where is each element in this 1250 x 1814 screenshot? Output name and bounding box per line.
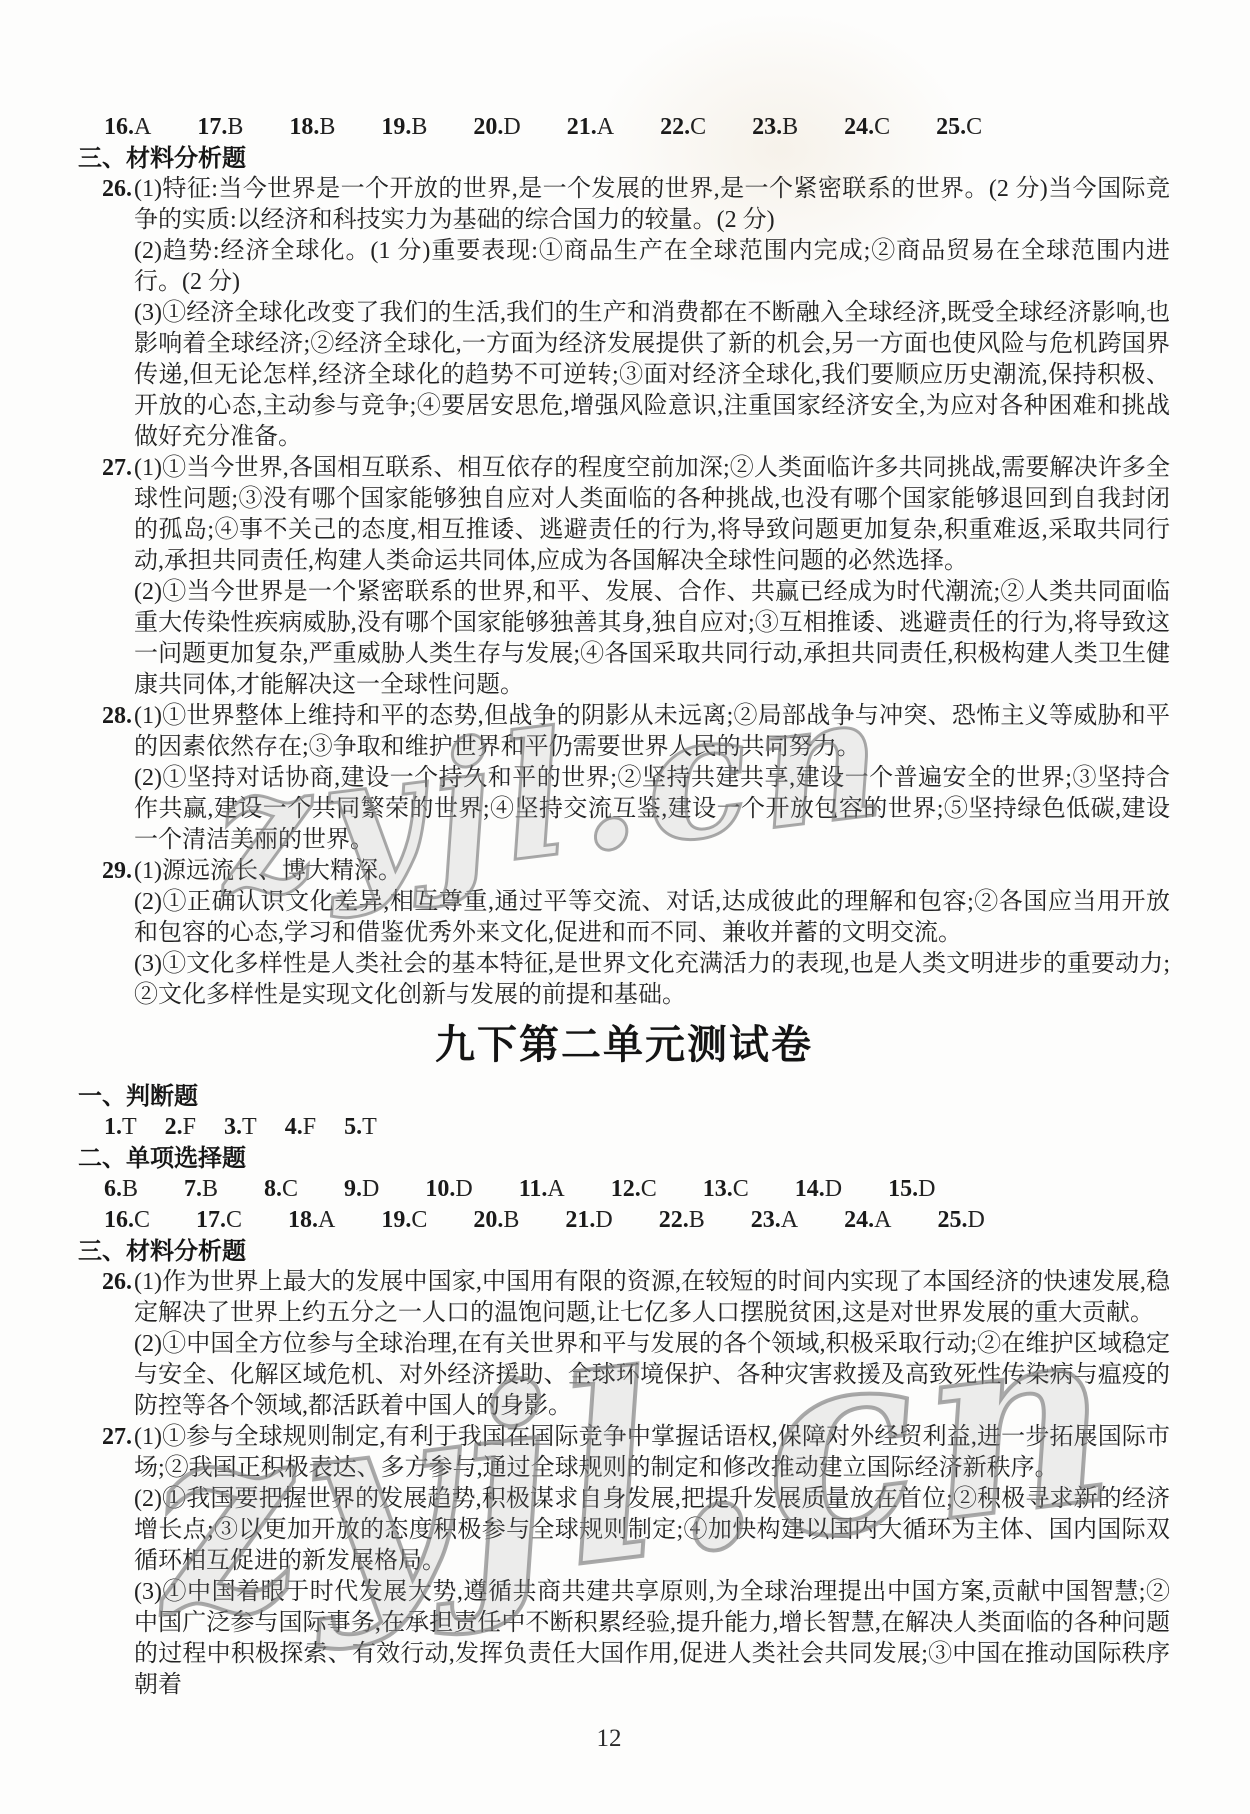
- test1-answer-27: 27. (1)①当今世界,各国相互联系、相互依存的程度空前加深;②人类面临许多共…: [78, 453, 1170, 701]
- answer-letter: B: [202, 1176, 218, 1202]
- answer-item: 4.F: [285, 1112, 316, 1143]
- answer-letter: D: [503, 114, 520, 140]
- answer-item: 3.T: [224, 1112, 257, 1143]
- question-number: 11.: [519, 1176, 548, 1202]
- answer-letter: C: [226, 1207, 242, 1233]
- test1-answer-28: 28. (1)①世界整体上维持和平的态势,但战争的阴影从未远离;②局部战争与冲突…: [78, 701, 1170, 856]
- answer-paragraph: (2)①我国要把握世界的发展趋势,积极谋求自身发展,把提升发展质量放在首位;②积…: [134, 1484, 1170, 1577]
- answer-item: 18.A: [288, 1205, 335, 1236]
- question-number: 24.: [844, 114, 874, 140]
- answer-letter: B: [782, 114, 798, 140]
- answer-paragraph: (3)①经济全球化改变了我们的生活,我们的生产和消费都在不断融入全球经济,既受全…: [134, 298, 1170, 453]
- question-number: 16.: [104, 1207, 134, 1233]
- answer-paragraph: (3)①中国着眼于时代发展大势,遵循共商共建共享原则,为全球治理提出中国方案,贡…: [134, 1577, 1170, 1701]
- answer-letter: D: [967, 1207, 984, 1233]
- answer-letter: T: [362, 1114, 377, 1140]
- test2-section3-heading: 三、材料分析题: [78, 1236, 1170, 1267]
- answer-item: 9.D: [344, 1174, 379, 1205]
- test1-mc-answers-16-25: 16.A 17.B 18.B 19.B 20.D 21.A 22.C 23.B …: [104, 112, 1170, 143]
- answer-letter: D: [918, 1176, 935, 1202]
- answer-item: 18.B: [289, 112, 335, 143]
- test2-answer-27: 27. (1)①参与全球规则制定,有利于我国在国际竞争中掌握话语权,保障对外经贸…: [78, 1422, 1170, 1701]
- question-number: 14.: [795, 1176, 825, 1202]
- answer-number: 28.: [102, 701, 132, 732]
- question-number: 10.: [425, 1176, 455, 1202]
- test2-title: 九下第二单元测试卷: [78, 1017, 1170, 1073]
- question-number: 13.: [703, 1176, 733, 1202]
- answer-item: 17.B: [197, 112, 243, 143]
- answer-item: 1.T: [104, 1112, 137, 1143]
- answer-letter: A: [597, 114, 614, 140]
- answer-item: 8.C: [264, 1174, 298, 1205]
- answer-item: 24.C: [844, 112, 890, 143]
- answer-item: 23.A: [751, 1205, 798, 1236]
- answer-paragraph: (1)源远流长、博大精深。: [134, 856, 1170, 887]
- answer-letter: D: [362, 1176, 379, 1202]
- answer-paragraph: (2)①坚持对话协商,建设一个持久和平的世界;②坚持共建共享,建设一个普遍安全的…: [134, 763, 1170, 856]
- question-number: 8.: [264, 1176, 282, 1202]
- question-number: 25.: [937, 1207, 967, 1233]
- question-number: 24.: [844, 1207, 874, 1233]
- test1-answer-26: 26. (1)特征:当今世界是一个开放的世界,是一个发展的世界,是一个紧密联系的…: [78, 174, 1170, 453]
- answer-paragraph: (1)①参与全球规则制定,有利于我国在国际竞争中掌握话语权,保障对外经贸利益,进…: [134, 1422, 1170, 1484]
- answer-paragraph: (2)①正确认识文化差异,相互尊重,通过平等交流、对话,达成彼此的理解和包容;②…: [134, 887, 1170, 949]
- answer-item: 22.B: [659, 1205, 705, 1236]
- answer-letter: A: [781, 1207, 798, 1233]
- answer-item: 21.D: [565, 1205, 612, 1236]
- test2-mc-answers-16-25: 16.C 17.C 18.A 19.C 20.B 21.D 22.B 23.A …: [104, 1205, 1170, 1236]
- question-number: 21.: [567, 114, 597, 140]
- question-number: 15.: [888, 1176, 918, 1202]
- answer-item: 19.C: [381, 1205, 427, 1236]
- answer-item: 21.A: [567, 112, 614, 143]
- question-number: 19.: [381, 1207, 411, 1233]
- answer-letter: A: [547, 1176, 564, 1202]
- question-number: 7.: [184, 1176, 202, 1202]
- answer-number: 27.: [102, 453, 132, 484]
- answer-item: 7.B: [184, 1174, 218, 1205]
- answer-item: 15.D: [888, 1174, 935, 1205]
- answer-letter: F: [303, 1114, 316, 1140]
- answer-paragraph: (2)①当今世界是一个紧密联系的世界,和平、发展、合作、共赢已经成为时代潮流;②…: [134, 577, 1170, 701]
- answer-letter: B: [689, 1207, 705, 1233]
- answer-letter: D: [455, 1176, 472, 1202]
- answer-item: 25.D: [937, 1205, 984, 1236]
- question-number: 19.: [381, 114, 411, 140]
- question-number: 17.: [197, 114, 227, 140]
- answer-paragraph: (1)①世界整体上维持和平的态势,但战争的阴影从未远离;②局部战争与冲突、恐怖主…: [134, 701, 1170, 763]
- answer-letter: F: [183, 1114, 196, 1140]
- page-content: 16.A 17.B 18.B 19.B 20.D 21.A 22.C 23.B …: [78, 112, 1170, 1754]
- question-number: 1.: [104, 1114, 122, 1140]
- answer-paragraph: (1)作为世界上最大的发展中国家,中国用有限的资源,在较短的时间内实现了本国经济…: [134, 1267, 1170, 1329]
- answer-letter: A: [874, 1207, 891, 1233]
- question-number: 22.: [659, 1207, 689, 1233]
- answer-item: 23.B: [752, 112, 798, 143]
- answer-paragraph: (1)①当今世界,各国相互联系、相互依存的程度空前加深;②人类面临许多共同挑战,…: [134, 453, 1170, 577]
- question-number: 23.: [751, 1207, 781, 1233]
- question-number: 18.: [289, 114, 319, 140]
- answer-paragraph: (3)①文化多样性是人类社会的基本特征,是世界文化充满活力的表现,也是人类文明进…: [134, 949, 1170, 1011]
- question-number: 9.: [344, 1176, 362, 1202]
- answer-letter: C: [690, 114, 706, 140]
- scanned-answer-page: zyjl.cn zyjl.cn 16.A 17.B 18.B 19.B 20.D…: [0, 0, 1250, 1814]
- question-number: 6.: [104, 1176, 122, 1202]
- question-number: 22.: [660, 114, 690, 140]
- answer-item: 22.C: [660, 112, 706, 143]
- question-number: 12.: [611, 1176, 641, 1202]
- question-number: 23.: [752, 114, 782, 140]
- answer-letter: B: [503, 1207, 519, 1233]
- answer-letter: A: [134, 114, 151, 140]
- question-number: 5.: [344, 1114, 362, 1140]
- answer-number: 27.: [102, 1422, 132, 1453]
- test1-section3-heading: 三、材料分析题: [78, 143, 1170, 174]
- question-number: 20.: [473, 1207, 503, 1233]
- answer-letter: C: [411, 1207, 427, 1233]
- question-number: 2.: [165, 1114, 183, 1140]
- test1-answer-29: 29. (1)源远流长、博大精深。 (2)①正确认识文化差异,相互尊重,通过平等…: [78, 856, 1170, 1011]
- answer-letter: T: [122, 1114, 137, 1140]
- answer-letter: A: [318, 1207, 335, 1233]
- answer-paragraph: (1)特征:当今世界是一个开放的世界,是一个发展的世界,是一个紧密联系的世界。(…: [134, 174, 1170, 236]
- answer-letter: C: [282, 1176, 298, 1202]
- answer-item: 13.C: [703, 1174, 749, 1205]
- answer-item: 6.B: [104, 1174, 138, 1205]
- test2-answer-26: 26. (1)作为世界上最大的发展中国家,中国用有限的资源,在较短的时间内实现了…: [78, 1267, 1170, 1422]
- answer-item: 16.C: [104, 1205, 150, 1236]
- answer-letter: C: [134, 1207, 150, 1233]
- answer-paragraph: (2)①中国全方位参与全球治理,在有关世界和平与发展的各个领域,积极采取行动;②…: [134, 1329, 1170, 1422]
- answer-letter: B: [227, 114, 243, 140]
- answer-letter: C: [641, 1176, 657, 1202]
- question-number: 3.: [224, 1114, 242, 1140]
- answer-letter: T: [242, 1114, 257, 1140]
- answer-item: 12.C: [611, 1174, 657, 1205]
- answer-letter: D: [825, 1176, 842, 1202]
- question-number: 16.: [104, 114, 134, 140]
- answer-item: 11.A: [519, 1174, 565, 1205]
- test2-mc-answers-6-15: 6.B 7.B 8.C 9.D 10.D 11.A 12.C 13.C 14.D…: [104, 1174, 1170, 1205]
- answer-letter: B: [319, 114, 335, 140]
- answer-letter: C: [733, 1176, 749, 1202]
- answer-letter: C: [874, 114, 890, 140]
- answer-item: 20.B: [473, 1205, 519, 1236]
- answer-letter: C: [966, 114, 982, 140]
- answer-number: 29.: [102, 856, 132, 887]
- answer-item: 24.A: [844, 1205, 891, 1236]
- question-number: 4.: [285, 1114, 303, 1140]
- answer-letter: B: [122, 1176, 138, 1202]
- answer-item: 25.C: [936, 112, 982, 143]
- question-number: 21.: [565, 1207, 595, 1233]
- answer-item: 2.F: [165, 1112, 196, 1143]
- answer-item: 10.D: [425, 1174, 472, 1205]
- question-number: 18.: [288, 1207, 318, 1233]
- test2-judgment-answers-1-5: 1.T 2.F 3.T 4.F 5.T: [104, 1112, 1170, 1143]
- answer-number: 26.: [102, 1267, 132, 1298]
- test2-section2-heading: 二、单项选择题: [78, 1143, 1170, 1174]
- answer-item: 19.B: [381, 112, 427, 143]
- answer-item: 20.D: [473, 112, 520, 143]
- answer-paragraph: (2)趋势:经济全球化。(1 分)重要表现:①商品生产在全球范围内完成;②商品贸…: [134, 236, 1170, 298]
- question-number: 20.: [473, 114, 503, 140]
- answer-letter: D: [595, 1207, 612, 1233]
- answer-number: 26.: [102, 174, 132, 205]
- answer-item: 14.D: [795, 1174, 842, 1205]
- answer-item: 5.T: [344, 1112, 377, 1143]
- page-number: 12: [78, 1723, 1170, 1754]
- question-number: 25.: [936, 114, 966, 140]
- answer-item: 16.A: [104, 112, 151, 143]
- answer-item: 17.C: [196, 1205, 242, 1236]
- question-number: 17.: [196, 1207, 226, 1233]
- test2-section1-heading: 一、判断题: [78, 1081, 1170, 1112]
- answer-letter: B: [411, 114, 427, 140]
